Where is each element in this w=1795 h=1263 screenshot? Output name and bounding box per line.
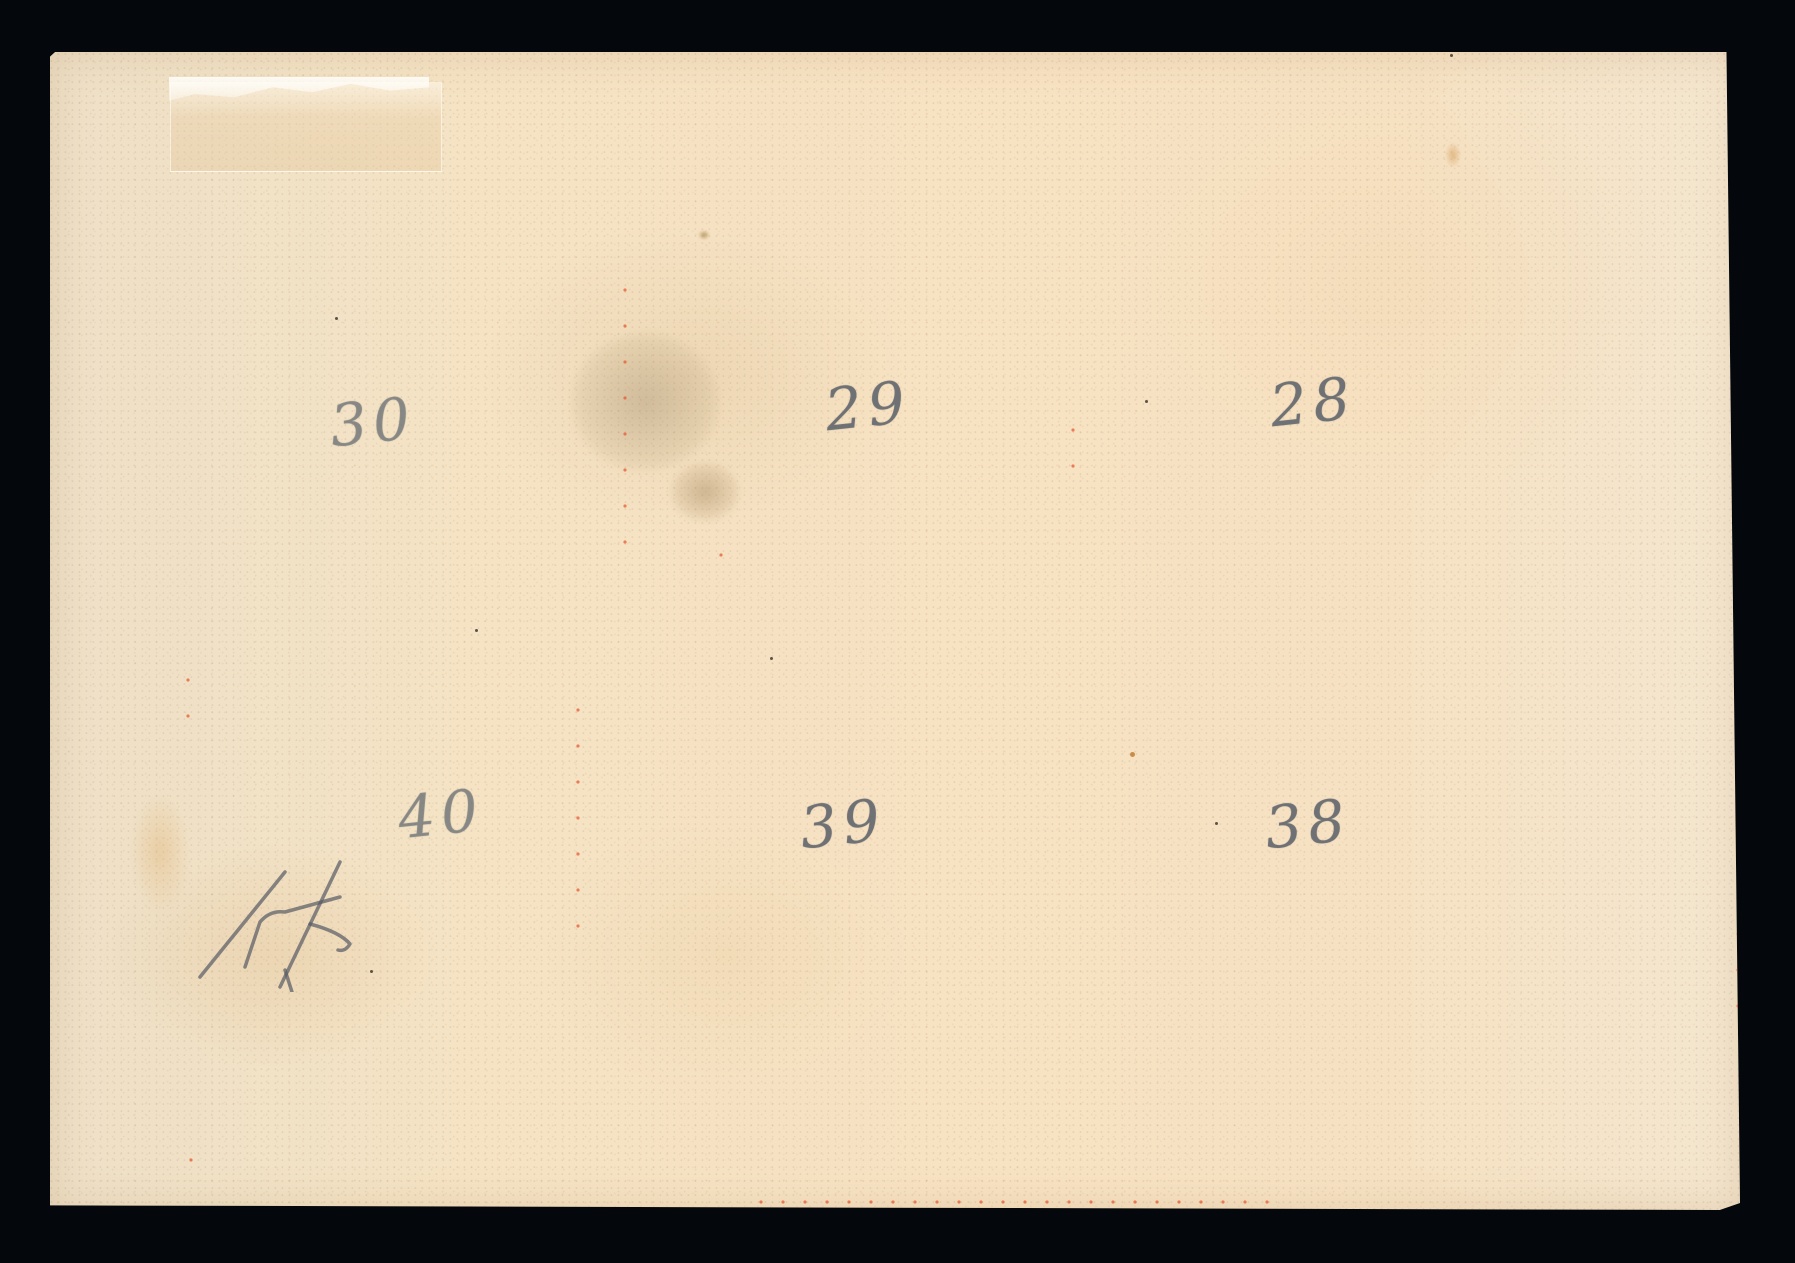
photo-stage: 30 29 28 40 39 38: [0, 0, 1795, 1263]
pencil-signature-icon: [190, 852, 380, 992]
stamp-block-back: 30 29 28 40 39 38: [50, 52, 1740, 1210]
position-number: 28: [1267, 364, 1359, 441]
position-number: 30: [327, 384, 419, 461]
position-number: 40: [395, 776, 487, 853]
position-number: 39: [797, 786, 889, 863]
position-number: 29: [822, 368, 914, 445]
position-number-grid: 30 29 28 40 39 38: [50, 52, 1740, 1210]
position-number: 38: [1262, 786, 1354, 863]
